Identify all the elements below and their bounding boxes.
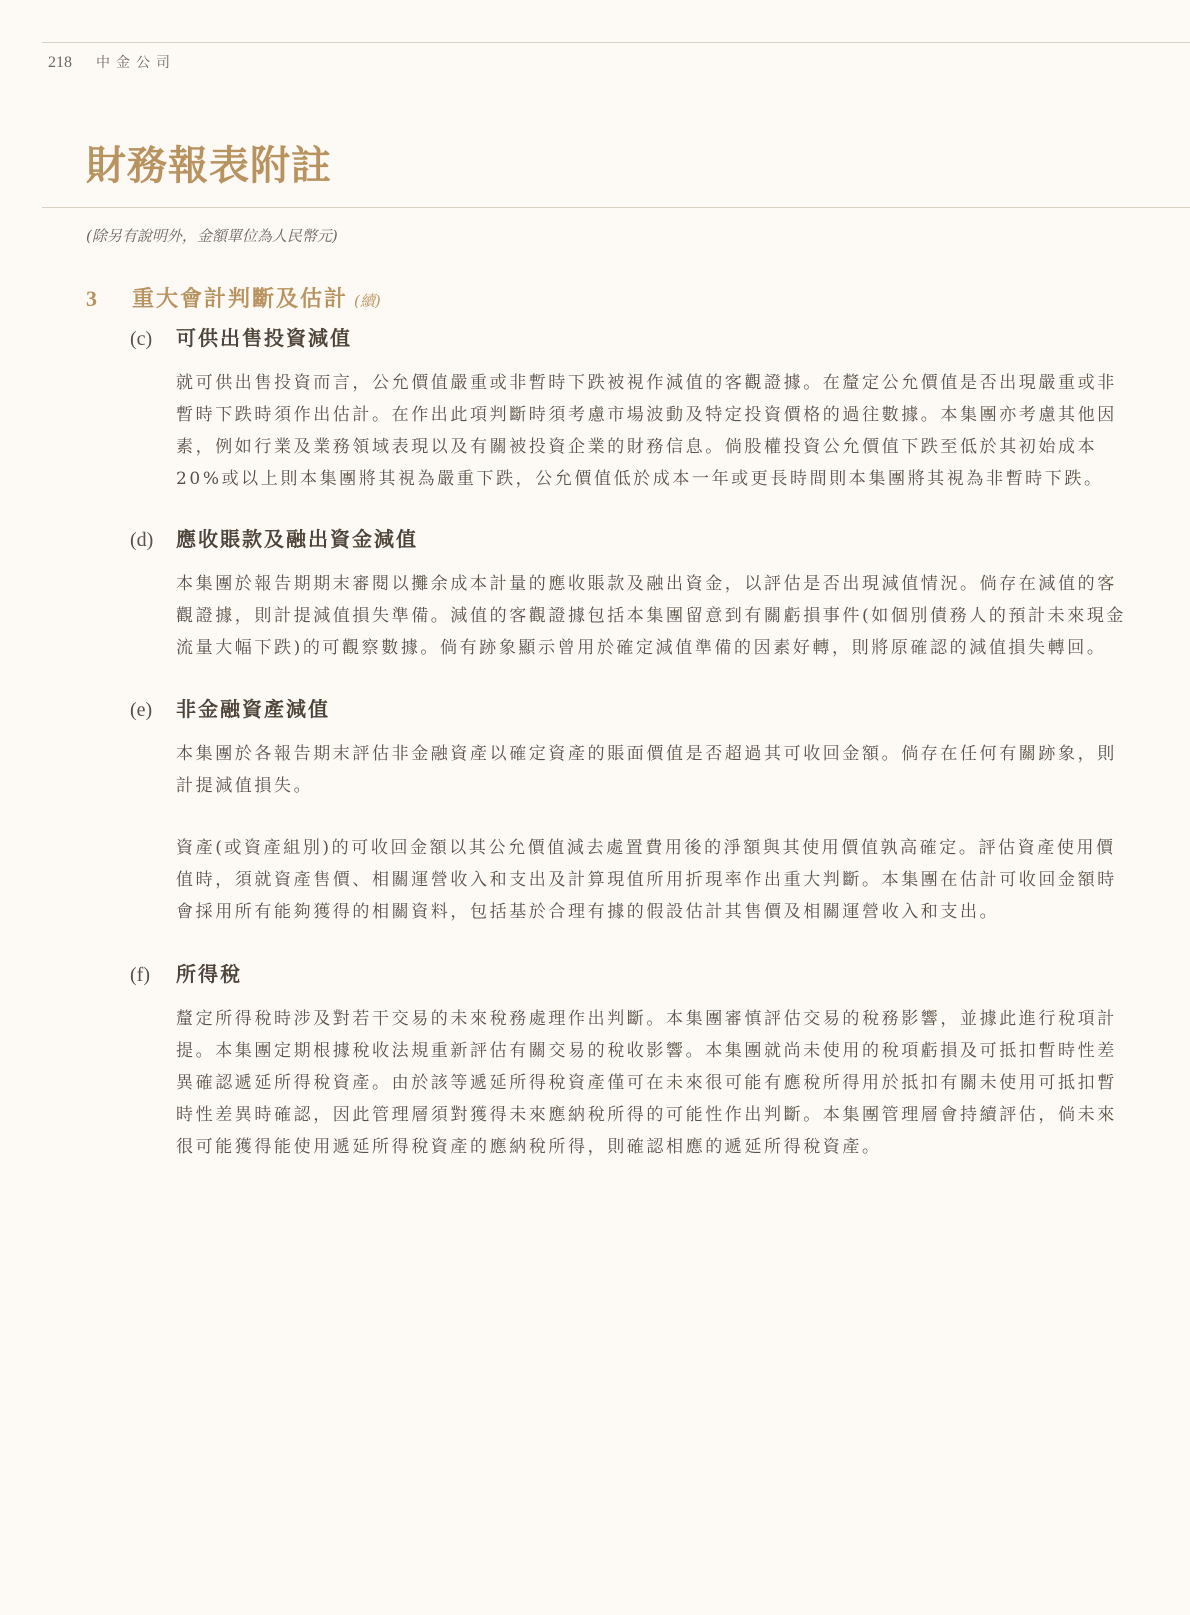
text-line: 提。本集團定期根據稅收法規重新評估有關交易的稅收影響。本集團就尚未使用的稅項虧損… — [176, 1035, 1110, 1067]
text-line: 計提減值損失。 — [176, 770, 1110, 802]
paragraph: 本集團於各報告期末評估非金融資產以確定資產的賬面價值是否超過其可收回金額。倘存在… — [176, 738, 1110, 802]
subsection-letter: (f) — [130, 964, 176, 987]
text-line: 就可供出售投資而言，公允價值嚴重或非暫時下跌被視作減值的客觀證據。在釐定公允價值… — [176, 367, 1110, 399]
running-header: 218 中金公司 — [48, 52, 176, 72]
text-line: 暫時下跌時須作出估計。在作出此項判斷時須考慮市場波動及特定投資價格的過往數據。本… — [176, 399, 1110, 431]
subsection-letter: (d) — [130, 529, 176, 552]
text-line: 觀證據，則計提減值損失準備。減值的客觀證據包括本集團留意到有關虧損事件(如個別債… — [176, 600, 1110, 632]
text-line: 本集團於各報告期末評估非金融資產以確定資產的賬面價值是否超過其可收回金額。倘存在… — [176, 738, 1110, 770]
subsection-title: 所得稅 — [176, 958, 242, 987]
paragraph: 釐定所得稅時涉及對若干交易的未來稅務處理作出判斷。本集團審慎評估交易的稅務影響，… — [176, 1003, 1110, 1163]
subsection-title: 可供出售投資減值 — [176, 322, 352, 351]
unit-note: (除另有說明外，金額單位為人民幣元) — [86, 225, 338, 246]
section-heading: 3 重大會計判斷及估計 (續) — [86, 282, 381, 313]
text-line: 本集團於報告期期末審閱以攤余成本計量的應收賬款及融出資金，以評估是否出現減值情況… — [176, 568, 1110, 600]
subsection-title: 應收賬款及融出資金減值 — [176, 523, 418, 552]
title-rule — [42, 207, 1190, 208]
subsection-heading: (f) 所得稅 — [130, 958, 1110, 987]
paragraph: 本集團於報告期期末審閱以攤余成本計量的應收賬款及融出資金，以評估是否出現減值情況… — [176, 568, 1110, 664]
subsection-e: (e) 非金融資產減值 本集團於各報告期末評估非金融資產以確定資產的賬面價值是否… — [130, 693, 1110, 928]
text-line: 20%或以上則本集團將其視為嚴重下跌，公允價值低於成本一年或更長時間則本集團將其… — [176, 463, 1110, 495]
text-line: 值時，須就資產售價、相關運營收入和支出及計算現值所用折現率作出重大判斷。本集團在… — [176, 864, 1110, 896]
text-line: 時性差異時確認，因此管理層須對獲得未來應納稅所得的可能性作出判斷。本集團管理層會… — [176, 1099, 1110, 1131]
text-line: 會採用所有能夠獲得的相關資料，包括基於合理有據的假設估計其售價及相關運營收入和支… — [176, 896, 1110, 928]
page-title: 財務報表附註 — [86, 146, 332, 186]
subsection-heading: (d) 應收賬款及融出資金減值 — [130, 523, 1110, 552]
subsection-title: 非金融資產減值 — [176, 693, 330, 722]
company-name: 中金公司 — [96, 52, 176, 72]
paragraph: 資產(或資產組別)的可收回金額以其公允價值減去處置費用後的淨額與其使用價值孰高確… — [176, 832, 1110, 928]
subsection-c: (c) 可供出售投資減值 就可供出售投資而言，公允價值嚴重或非暫時下跌被視作減值… — [130, 322, 1110, 495]
text-line: 釐定所得稅時涉及對若干交易的未來稅務處理作出判斷。本集團審慎評估交易的稅務影響，… — [176, 1003, 1110, 1035]
text-line: 很可能獲得能使用遞延所得稅資產的應納稅所得，則確認相應的遞延所得稅資產。 — [176, 1131, 1110, 1163]
section-number: 3 — [86, 286, 132, 312]
text-line: 資產(或資產組別)的可收回金額以其公允價值減去處置費用後的淨額與其使用價值孰高確… — [176, 832, 1110, 864]
subsection-d: (d) 應收賬款及融出資金減值 本集團於報告期期末審閱以攤余成本計量的應收賬款及… — [130, 523, 1110, 664]
section-continued-label: (續) — [354, 290, 381, 311]
header-rule — [42, 42, 1190, 43]
subsection-letter: (c) — [130, 328, 176, 351]
paragraph: 就可供出售投資而言，公允價值嚴重或非暫時下跌被視作減值的客觀證據。在釐定公允價值… — [176, 367, 1110, 495]
text-line: 異確認遞延所得稅資產。由於該等遞延所得稅資產僅可在未來很可能有應稅所得用於抵扣有… — [176, 1067, 1110, 1099]
subsection-letter: (e) — [130, 699, 176, 722]
subsection-f: (f) 所得稅 釐定所得稅時涉及對若干交易的未來稅務處理作出判斷。本集團審慎評估… — [130, 958, 1110, 1163]
text-line: 素，例如行業及業務領域表現以及有關被投資企業的財務信息。倘股權投資公允價值下跌至… — [176, 431, 1110, 463]
subsection-heading: (e) 非金融資產減值 — [130, 693, 1110, 722]
subsection-heading: (c) 可供出售投資減值 — [130, 322, 1110, 351]
page-number: 218 — [48, 54, 96, 72]
text-line: 流量大幅下跌)的可觀察數據。倘有跡象顯示曾用於確定減值準備的因素好轉，則將原確認… — [176, 632, 1110, 664]
section-title: 重大會計判斷及估計 — [132, 282, 348, 313]
